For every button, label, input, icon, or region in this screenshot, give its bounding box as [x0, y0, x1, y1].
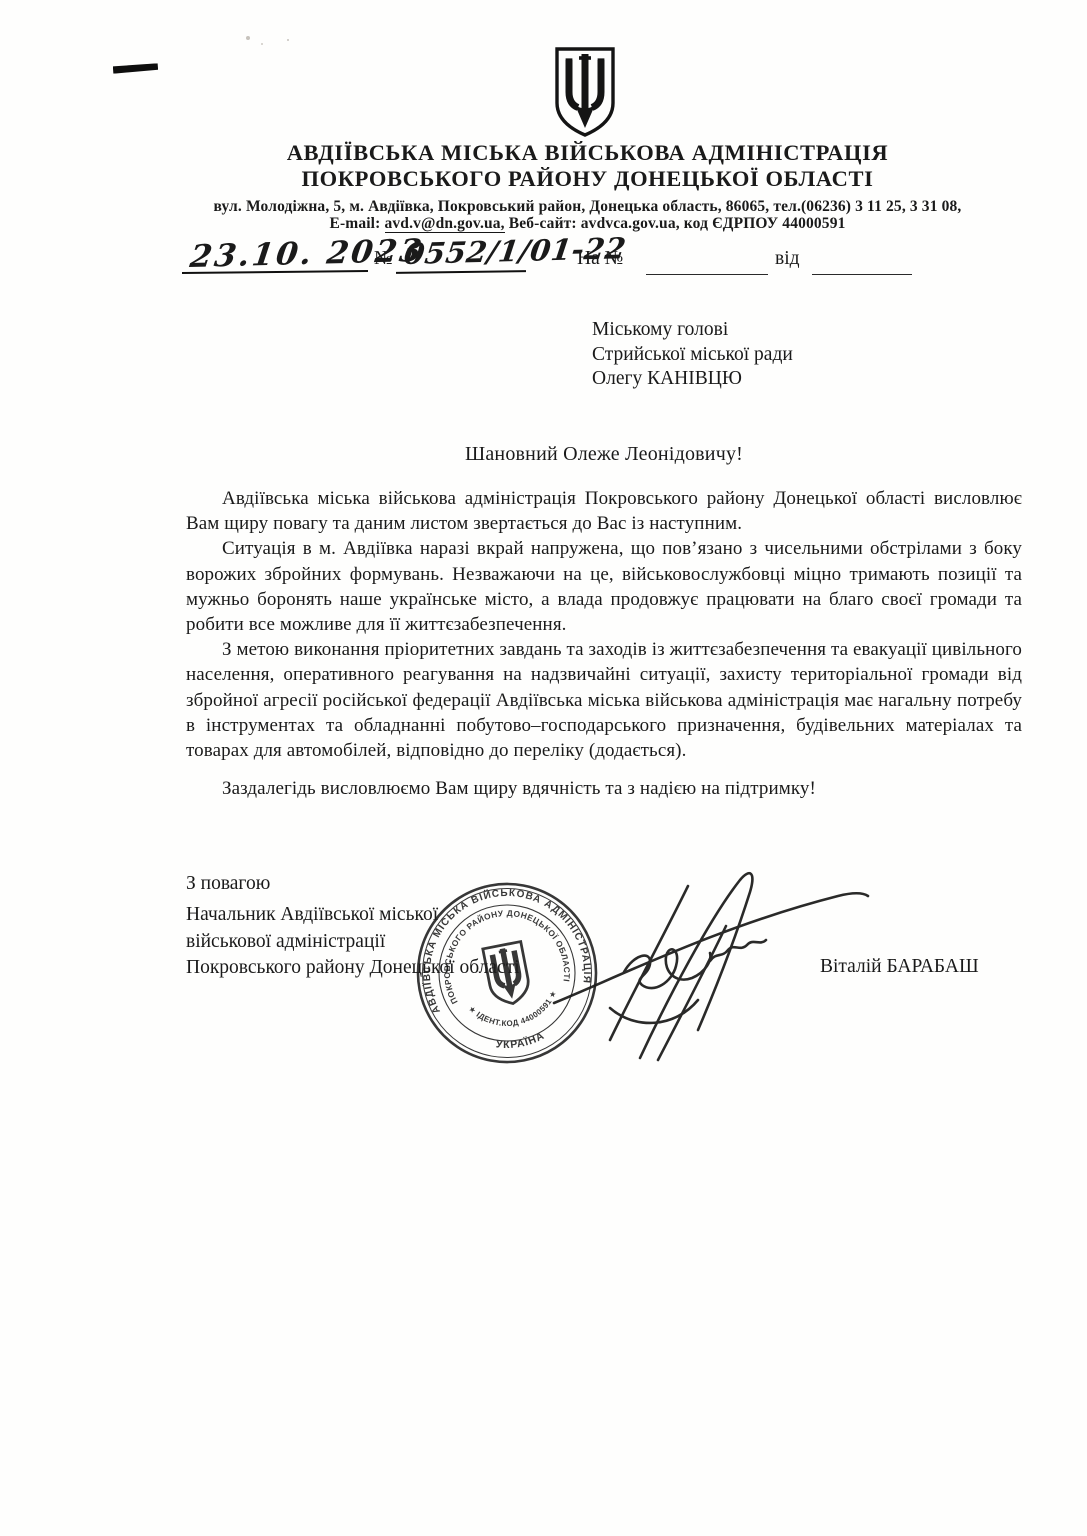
- recipient-name: Олегу КАНІВЦЮ: [592, 367, 793, 392]
- recipient-position: Міському голові: [592, 318, 793, 343]
- reply-to-blank-line: [646, 274, 768, 275]
- body-paragraph-2: Ситуація в м. Авдіївка наразі вкрай напр…: [186, 536, 1022, 637]
- scanned-letter-page: АВДІЇВСЬКА МІСЬКА ВІЙСЬКОВА АДМІНІСТРАЦІ…: [0, 0, 1087, 1536]
- scan-artifact-dash: [113, 63, 158, 74]
- number-sign-label: №: [374, 248, 393, 270]
- reply-to-label: На №: [577, 248, 623, 270]
- email-label: E-mail:: [329, 215, 380, 232]
- number-underline: [396, 270, 526, 274]
- from-date-label: від: [775, 248, 800, 270]
- body-closing-paragraph: Заздалегідь висловлюємо Вам щиру вдячніс…: [186, 776, 1022, 801]
- letter-body: Авдіївська міська військова адміністраці…: [186, 486, 1022, 801]
- org-address: вул. Молодіжна, 5, м. Авдіївка, Покровсь…: [95, 198, 1080, 216]
- email-address[interactable]: avd.v@dn.gov.ua,: [385, 215, 505, 233]
- recipient-council: Стрийської міської ради: [592, 343, 793, 368]
- body-paragraph-3: З метою виконання пріоритетних завдань т…: [186, 637, 1022, 763]
- org-name-line2: ПОКРОВСЬКОГО РАЙОНУ ДОНЕЦЬКОЇ ОБЛАСТІ: [95, 166, 1080, 192]
- stamp-trident-icon: [483, 942, 532, 1008]
- website-and-edrpou: Веб-сайт: avdvca.gov.ua, код ЄДРПОУ 4400…: [509, 215, 846, 232]
- salutation: Шановний Олеже Леонідовичу!: [186, 443, 1022, 466]
- ukraine-trident-emblem: [549, 45, 621, 139]
- recipient-block: Міському голові Стрийської міської ради …: [592, 318, 793, 392]
- closing-salutation: З повагою: [186, 873, 270, 895]
- handwritten-signature: [540, 846, 920, 1082]
- org-contacts: E-mail: avd.v@dn.gov.ua, Веб-сайт: avdvc…: [95, 215, 1080, 233]
- body-paragraph-1: Авдіївська міська військова адміністраці…: [186, 486, 1022, 536]
- scan-noise-dots: [246, 36, 250, 40]
- from-date-blank-line: [812, 274, 912, 275]
- org-name-line1: АВДІЇВСЬКА МІСЬКА ВІЙСЬКОВА АДМІНІСТРАЦІ…: [95, 140, 1080, 166]
